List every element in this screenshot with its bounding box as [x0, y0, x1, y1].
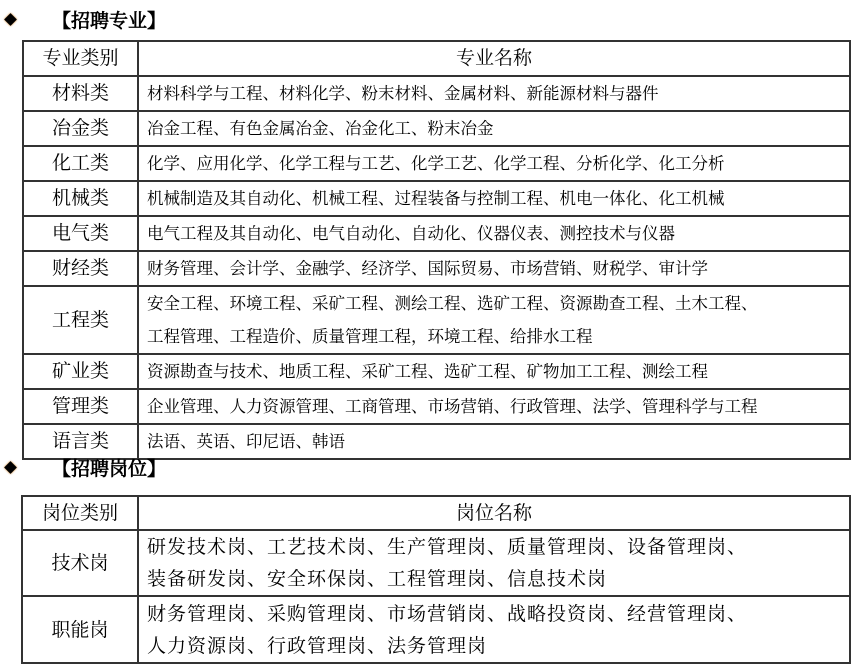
names-line: 材料科学与工程、材料化学、粉末材料、金属材料、新能源材料与器件 — [147, 77, 849, 110]
names-line: 企业管理、人力资源管理、工商管理、市场营销、行政管理、法学、管理科学与工程 — [147, 390, 849, 423]
names-line: 研发技术岗、工艺技术岗、生产管理岗、质量管理岗、设备管理岗、 — [147, 531, 849, 563]
names-line: 法语、英语、印尼语、韩语 — [147, 425, 849, 458]
table-row: 材料类 材料科学与工程、材料化学、粉末材料、金属材料、新能源材料与器件 — [23, 76, 850, 111]
table-row: 机械类 机械制造及其自动化、机械工程、过程装备与控制工程、机电一体化、化工机械 — [23, 181, 850, 216]
table-row: 工程类 安全工程、环境工程、采矿工程、测绘工程、选矿工程、资源勘查工程、土木工程… — [23, 286, 850, 354]
names-cell: 资源勘查与技术、地质工程、采矿工程、选矿工程、矿物加工工程、测绘工程 — [138, 354, 850, 389]
names-line: 安全工程、环境工程、采矿工程、测绘工程、选矿工程、资源勘查工程、土木工程、 — [147, 287, 849, 320]
category-cell: 化工类 — [23, 146, 138, 181]
category-cell: 管理类 — [23, 389, 138, 424]
names-cell: 安全工程、环境工程、采矿工程、测绘工程、选矿工程、资源勘查工程、土木工程、 工程… — [138, 286, 850, 354]
category-cell: 工程类 — [23, 286, 138, 354]
names-line: 机械制造及其自动化、机械工程、过程装备与控制工程、机电一体化、化工机械 — [147, 182, 849, 215]
header-names: 专业名称 — [138, 41, 850, 76]
category-cell: 材料类 — [23, 76, 138, 111]
category-cell: 电气类 — [23, 216, 138, 251]
table-row: 财经类 财务管理、会计学、金融学、经济学、国际贸易、市场营销、财税学、审计学 — [23, 251, 850, 286]
header-names: 岗位名称 — [138, 496, 850, 530]
names-cell: 研发技术岗、工艺技术岗、生产管理岗、质量管理岗、设备管理岗、 装备研发岗、安全环… — [138, 530, 850, 596]
header-category: 岗位类别 — [22, 496, 138, 530]
category-cell: 矿业类 — [23, 354, 138, 389]
table-row: 管理类 企业管理、人力资源管理、工商管理、市场营销、行政管理、法学、管理科学与工… — [23, 389, 850, 424]
category-cell: 职能岗 — [22, 596, 138, 663]
category-cell: 机械类 — [23, 181, 138, 216]
category-cell: 冶金类 — [23, 111, 138, 146]
names-line: 电气工程及其自动化、电气自动化、自动化、仪器仪表、测控技术与仪器 — [147, 217, 849, 250]
section-title: 【招聘专业】 — [52, 6, 166, 33]
names-line: 工程管理、工程造价、质量管理工程，环境工程、给排水工程 — [147, 320, 849, 353]
names-line: 化学、应用化学、化学工程与工艺、化学工艺、化学工程、分析化学、化工分析 — [147, 147, 849, 180]
names-cell: 企业管理、人力资源管理、工商管理、市场营销、行政管理、法学、管理科学与工程 — [138, 389, 850, 424]
section-title: 【招聘岗位】 — [52, 454, 166, 481]
category-cell: 财经类 — [23, 251, 138, 286]
names-line: 冶金工程、有色金属冶金、冶金化工、粉末冶金 — [147, 112, 849, 145]
diamond-bullet-icon — [4, 461, 17, 474]
majors-table: 专业类别 专业名称 材料类 材料科学与工程、材料化学、粉末材料、金属材料、新能源… — [22, 40, 851, 460]
category-cell: 技术岗 — [22, 530, 138, 596]
names-cell: 电气工程及其自动化、电气自动化、自动化、仪器仪表、测控技术与仪器 — [138, 216, 850, 251]
names-cell: 化学、应用化学、化学工程与工艺、化学工艺、化学工程、分析化学、化工分析 — [138, 146, 850, 181]
names-cell: 法语、英语、印尼语、韩语 — [138, 424, 850, 459]
names-cell: 机械制造及其自动化、机械工程、过程装备与控制工程、机电一体化、化工机械 — [138, 181, 850, 216]
table-row: 冶金类 冶金工程、有色金属冶金、冶金化工、粉末冶金 — [23, 111, 850, 146]
names-cell: 财务管理、会计学、金融学、经济学、国际贸易、市场营销、财税学、审计学 — [138, 251, 850, 286]
names-cell: 材料科学与工程、材料化学、粉末材料、金属材料、新能源材料与器件 — [138, 76, 850, 111]
table-row: 化工类 化学、应用化学、化学工程与工艺、化学工艺、化学工程、分析化学、化工分析 — [23, 146, 850, 181]
table-header-row: 岗位类别 岗位名称 — [22, 496, 850, 530]
table-header-row: 专业类别 专业名称 — [23, 41, 850, 76]
names-cell: 冶金工程、有色金属冶金、冶金化工、粉末冶金 — [138, 111, 850, 146]
header-category: 专业类别 — [23, 41, 138, 76]
table-row: 矿业类 资源勘查与技术、地质工程、采矿工程、选矿工程、矿物加工工程、测绘工程 — [23, 354, 850, 389]
table-row: 职能岗 财务管理岗、采购管理岗、市场营销岗、战略投资岗、经营管理岗、 人力资源岗… — [22, 596, 850, 663]
names-line: 财务管理、会计学、金融学、经济学、国际贸易、市场营销、财税学、审计学 — [147, 252, 849, 285]
names-line: 装备研发岗、安全环保岗、工程管理岗、信息技术岗 — [147, 563, 849, 595]
names-line: 资源勘查与技术、地质工程、采矿工程、选矿工程、矿物加工工程、测绘工程 — [147, 355, 849, 388]
names-cell: 财务管理岗、采购管理岗、市场营销岗、战略投资岗、经营管理岗、 人力资源岗、行政管… — [138, 596, 850, 663]
positions-table: 岗位类别 岗位名称 技术岗 研发技术岗、工艺技术岗、生产管理岗、质量管理岗、设备… — [21, 495, 851, 664]
table-row: 电气类 电气工程及其自动化、电气自动化、自动化、仪器仪表、测控技术与仪器 — [23, 216, 850, 251]
names-line: 财务管理岗、采购管理岗、市场营销岗、战略投资岗、经营管理岗、 — [147, 598, 849, 630]
names-line: 人力资源岗、行政管理岗、法务管理岗 — [147, 630, 849, 662]
table-row: 技术岗 研发技术岗、工艺技术岗、生产管理岗、质量管理岗、设备管理岗、 装备研发岗… — [22, 530, 850, 596]
diamond-bullet-icon — [4, 13, 17, 26]
